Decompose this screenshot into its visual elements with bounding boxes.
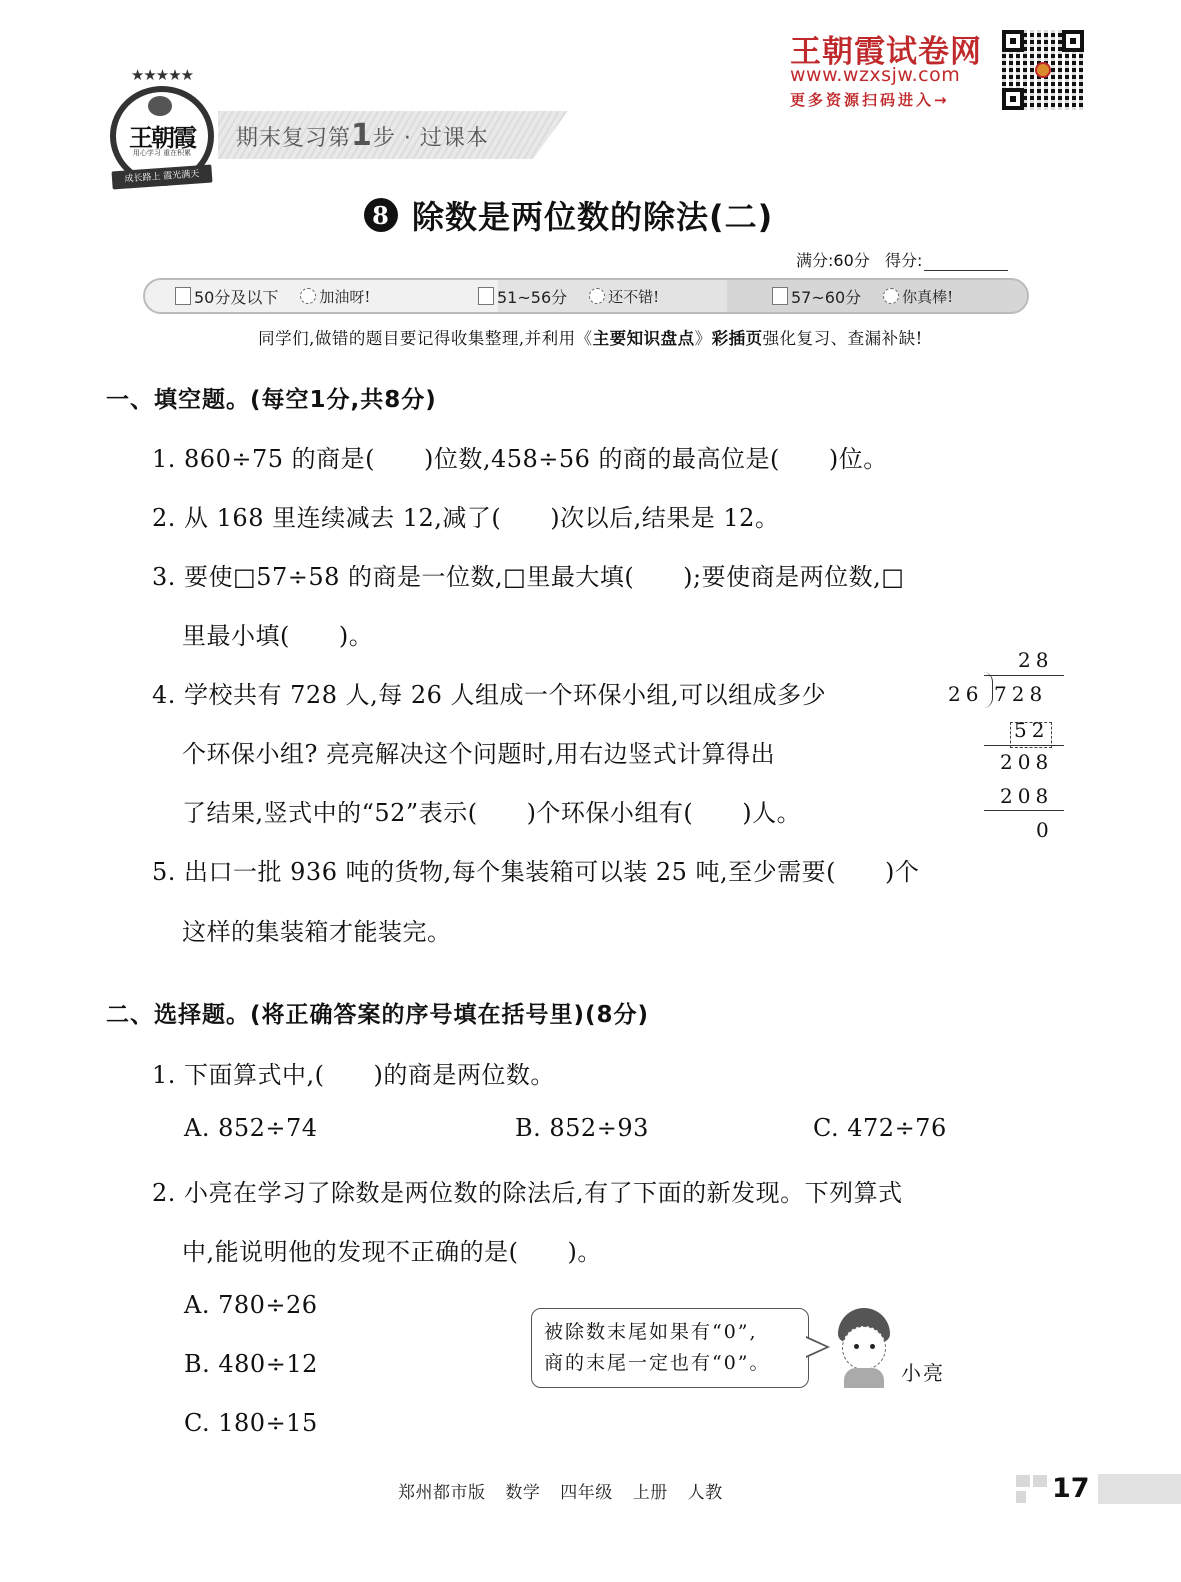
option-a[interactable]: A. 852÷74 [184,1114,318,1142]
rating-checkbox[interactable] [772,287,788,305]
divisor: 26 [948,682,983,706]
rating-message: 还不错! [608,286,659,307]
full-score-label: 满分:60分 [796,251,870,270]
option-c[interactable]: C. 472÷76 [813,1114,947,1142]
rating-option-high: 57~60分 你真棒! [772,280,953,312]
lesson-number-badge: 8 [364,198,398,232]
study-note: 同学们,做错的题目要记得收集整理,并利用《主要知识盘点》彩插页强化复习、查漏补缺… [0,325,1181,349]
option-b[interactable]: B. 852÷93 [515,1114,649,1142]
speaker-label: 小亮 [901,1357,945,1386]
bubble-line-1: 被除数末尾如果有“0”, [544,1317,796,1348]
dividend: 728 [994,682,1047,706]
score-line: 满分:60分 得分: [796,248,1008,271]
ad-more-text: 更多资源扫码进入→ [790,89,950,110]
rating-bar: 50分及以下 加油呀! 51~56分 还不错! 57~60分 你真棒! [143,278,1029,314]
question-2-2-cont: 中,能说明他的发现不正确的是( )。 [182,1232,602,1267]
rating-checkbox[interactable] [478,287,494,305]
question-2-2: 2. 小亮在学习了除数是两位数的除法后,有了下面的新发现。下列算式 [152,1173,903,1208]
face-icon [883,288,899,304]
speech-bubble: 被除数末尾如果有“0”, 商的末尾一定也有“0”。 [531,1308,809,1388]
section-heading-fill-blank: 一、填空题。(每空1分,共8分) [106,381,437,414]
rating-checkbox[interactable] [175,287,191,305]
question-2-1: 1. 下面算式中,( )的商是两位数。 [152,1055,555,1090]
ad-url-link[interactable]: www.wzxsjw.com [790,64,960,86]
division-bracket [983,672,993,708]
rating-message: 你真棒! [902,286,953,307]
option-c[interactable]: C. 180÷15 [184,1409,318,1437]
title-text: 除数是两位数的除法(二) [412,192,773,238]
question-1-3-cont: 里最小填( )。 [182,616,373,651]
rating-range: 51~56分 [497,285,567,308]
page-title: 8 除数是两位数的除法(二) [364,192,773,238]
qr-logo-icon [1035,62,1051,78]
question-1-5-cont: 这样的集装箱才能装完。 [182,912,452,947]
question-1-3: 3. 要使□57÷58 的商是一位数,□里最大填( );要使商是两位数,□ [152,557,904,592]
section-heading-choice: 二、选择题。(将正确答案的序号填在括号里)(8分) [106,996,649,1029]
stars-decoration: ★★★★★ [106,66,218,84]
remainder1: 208 [1000,750,1053,774]
question-1-4-cont: 个环保小组? 亮亮解决这个问题时,用右边竖式计算得出 [182,734,775,769]
publisher-logo: ★★★★★ 王朝霞 用心学习 重在积累 成长路上 霞光满天 [106,66,218,188]
step2-product: 208 [1000,784,1053,808]
portrait-icon [148,96,172,116]
rating-message: 加油呀! [319,286,370,307]
question-1-4: 4. 学校共有 728 人,每 26 人组成一个环保小组,可以组成多少 [152,675,826,710]
rating-option-low: 50分及以下 加油呀! [175,280,370,312]
page-number: 17 [1052,1473,1090,1504]
step-suffix: 步 · 过课本 [373,126,489,151]
question-1-2: 2. 从 168 里连续减去 12,减了( )次以后,结果是 12。 [152,498,779,533]
quotient: 28 [1018,648,1053,672]
step-prefix: 期末复习第 [236,126,351,151]
rating-range: 57~60分 [791,285,861,308]
step1-product: 52 [1014,718,1049,742]
page-decoration [1016,1475,1030,1487]
remainder2: 0 [1036,818,1054,842]
question-1-4-cont2: 了结果,竖式中的“52”表示( )个环保小组有( )人。 [182,793,801,828]
step-number: 1 [351,118,373,153]
page-band [1098,1474,1181,1504]
boy-character-icon [832,1308,896,1388]
rating-option-mid: 51~56分 还不错! [478,280,659,312]
step-banner-text: 期末复习第1步 · 过课本 [236,118,489,153]
page-decoration [1016,1491,1026,1503]
page-decoration [1033,1475,1047,1487]
long-division: 28 26 728 52 208 208 0 [944,648,1074,848]
face-icon [300,288,316,304]
option-b[interactable]: B. 480÷12 [184,1350,318,1378]
rating-range: 50分及以下 [194,285,278,308]
option-a[interactable]: A. 780÷26 [184,1291,318,1319]
got-score-label: 得分: [885,251,922,270]
score-blank-field[interactable] [924,253,1008,271]
question-1-5: 5. 出口一批 936 吨的货物,每个集装箱可以装 25 吨,至少需要( )个 [152,852,919,887]
qr-code-icon[interactable] [1002,30,1084,110]
question-1-1: 1. 860÷75 的商是( )位数,458÷56 的商的最高位是( )位。 [152,439,888,474]
bubble-line-2: 商的末尾一定也有“0”。 [544,1348,796,1379]
face-icon [589,288,605,304]
footer-edition: 郑州都市版 数学 四年级 上册 人教 [398,1478,723,1503]
logo-tagline: 用心学习 重在积累 [106,148,218,158]
